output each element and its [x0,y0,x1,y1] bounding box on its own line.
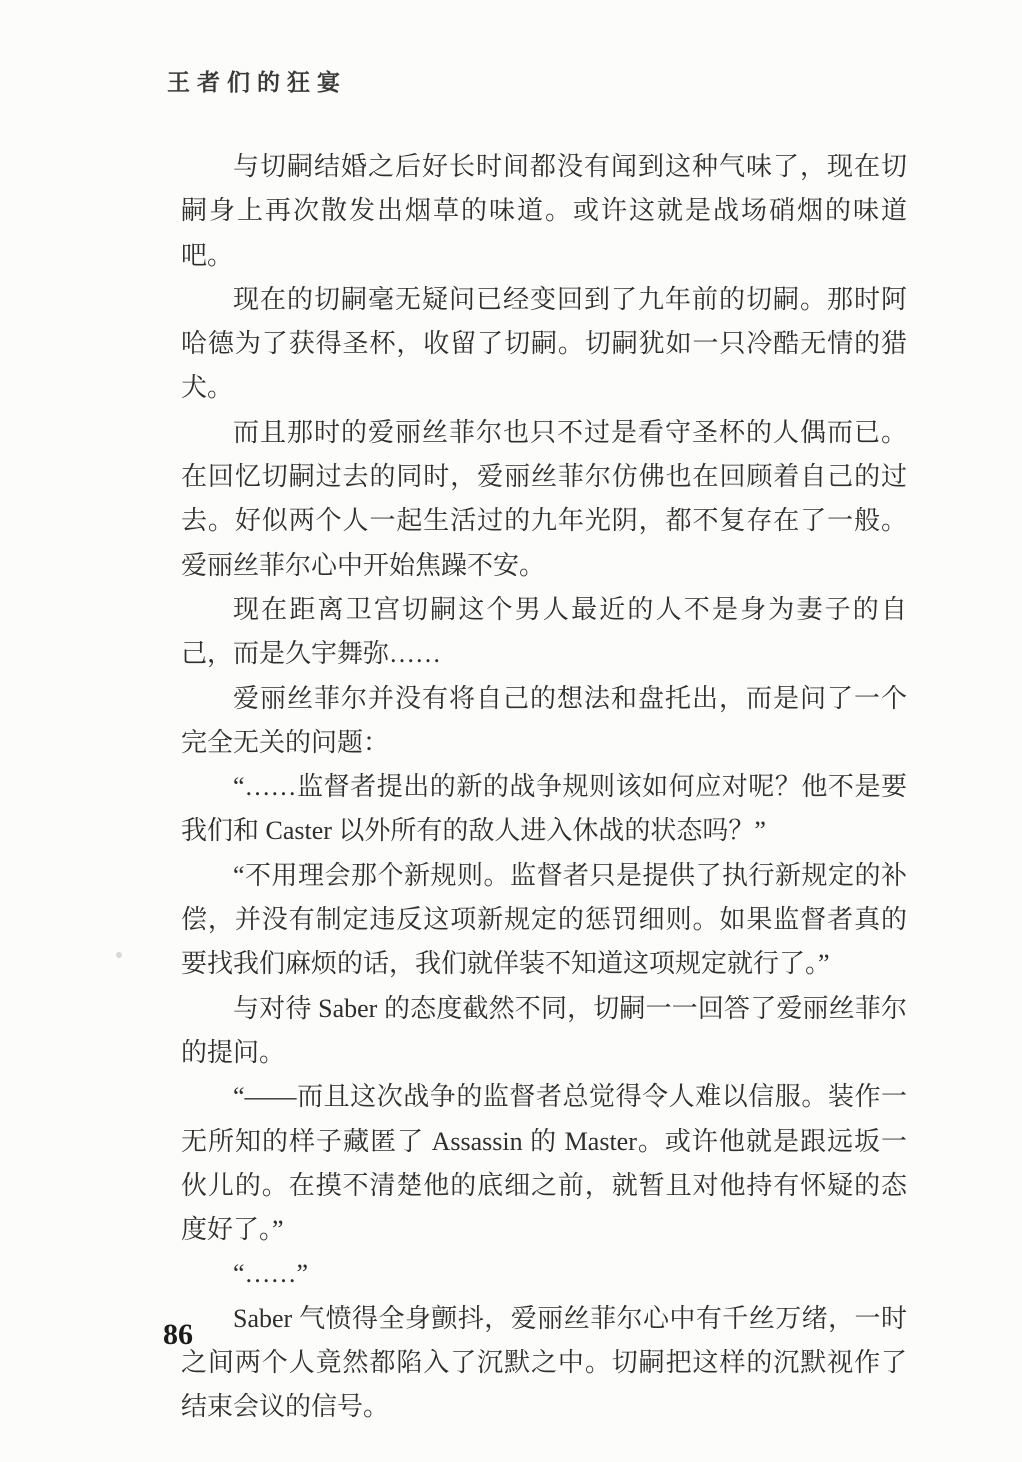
paragraph: “……” [181,1252,907,1296]
paragraph: 现在的切嗣毫无疑问已经变回到了九年前的切嗣。那时阿哈德为了获得圣杯，收留了切嗣。… [181,278,907,411]
paragraph: 与切嗣结婚之后好长时间都没有闻到这种气味了，现在切嗣身上再次散发出烟草的味道。或… [181,145,907,278]
body-text: 与切嗣结婚之后好长时间都没有闻到这种气味了，现在切嗣身上再次散发出烟草的味道。或… [181,145,907,1430]
paragraph: “——而且这次战争的监督者总觉得令人难以信服。装作一无所知的样子藏匿了 Assa… [181,1075,907,1252]
running-title: 王者们的狂宴 [167,64,347,97]
paragraph: Saber 气愤得全身颤抖，爱丽丝菲尔心中有千丝万绪，一时之间两个人竟然都陷入了… [181,1297,907,1430]
paragraph: 爱丽丝菲尔并没有将自己的想法和盘托出，而是问了一个完全无关的问题： [181,677,907,766]
book-page: 王者们的狂宴 与切嗣结婚之后好长时间都没有闻到这种气味了，现在切嗣身上再次散发出… [0,0,1022,1462]
paragraph: 现在距离卫宫切嗣这个男人最近的人不是身为妻子的自己，而是久宇舞弥…… [181,588,907,677]
paragraph: “……监督者提出的新的战争规则该如何应对呢？他不是要我们和 Caster 以外所… [181,765,907,854]
paragraph: 与对待 Saber 的态度截然不同，切嗣一一回答了爱丽丝菲尔的提问。 [181,987,907,1076]
paragraph: “不用理会那个新规则。监督者只是提供了执行新规定的补偿，并没有制定违反这项新规定… [181,854,907,987]
paragraph: 而且那时的爱丽丝菲尔也只不过是看守圣杯的人偶而已。在回忆切嗣过去的同时，爱丽丝菲… [181,411,907,588]
page-number: 86 [163,1318,193,1352]
scan-speck [116,952,122,958]
